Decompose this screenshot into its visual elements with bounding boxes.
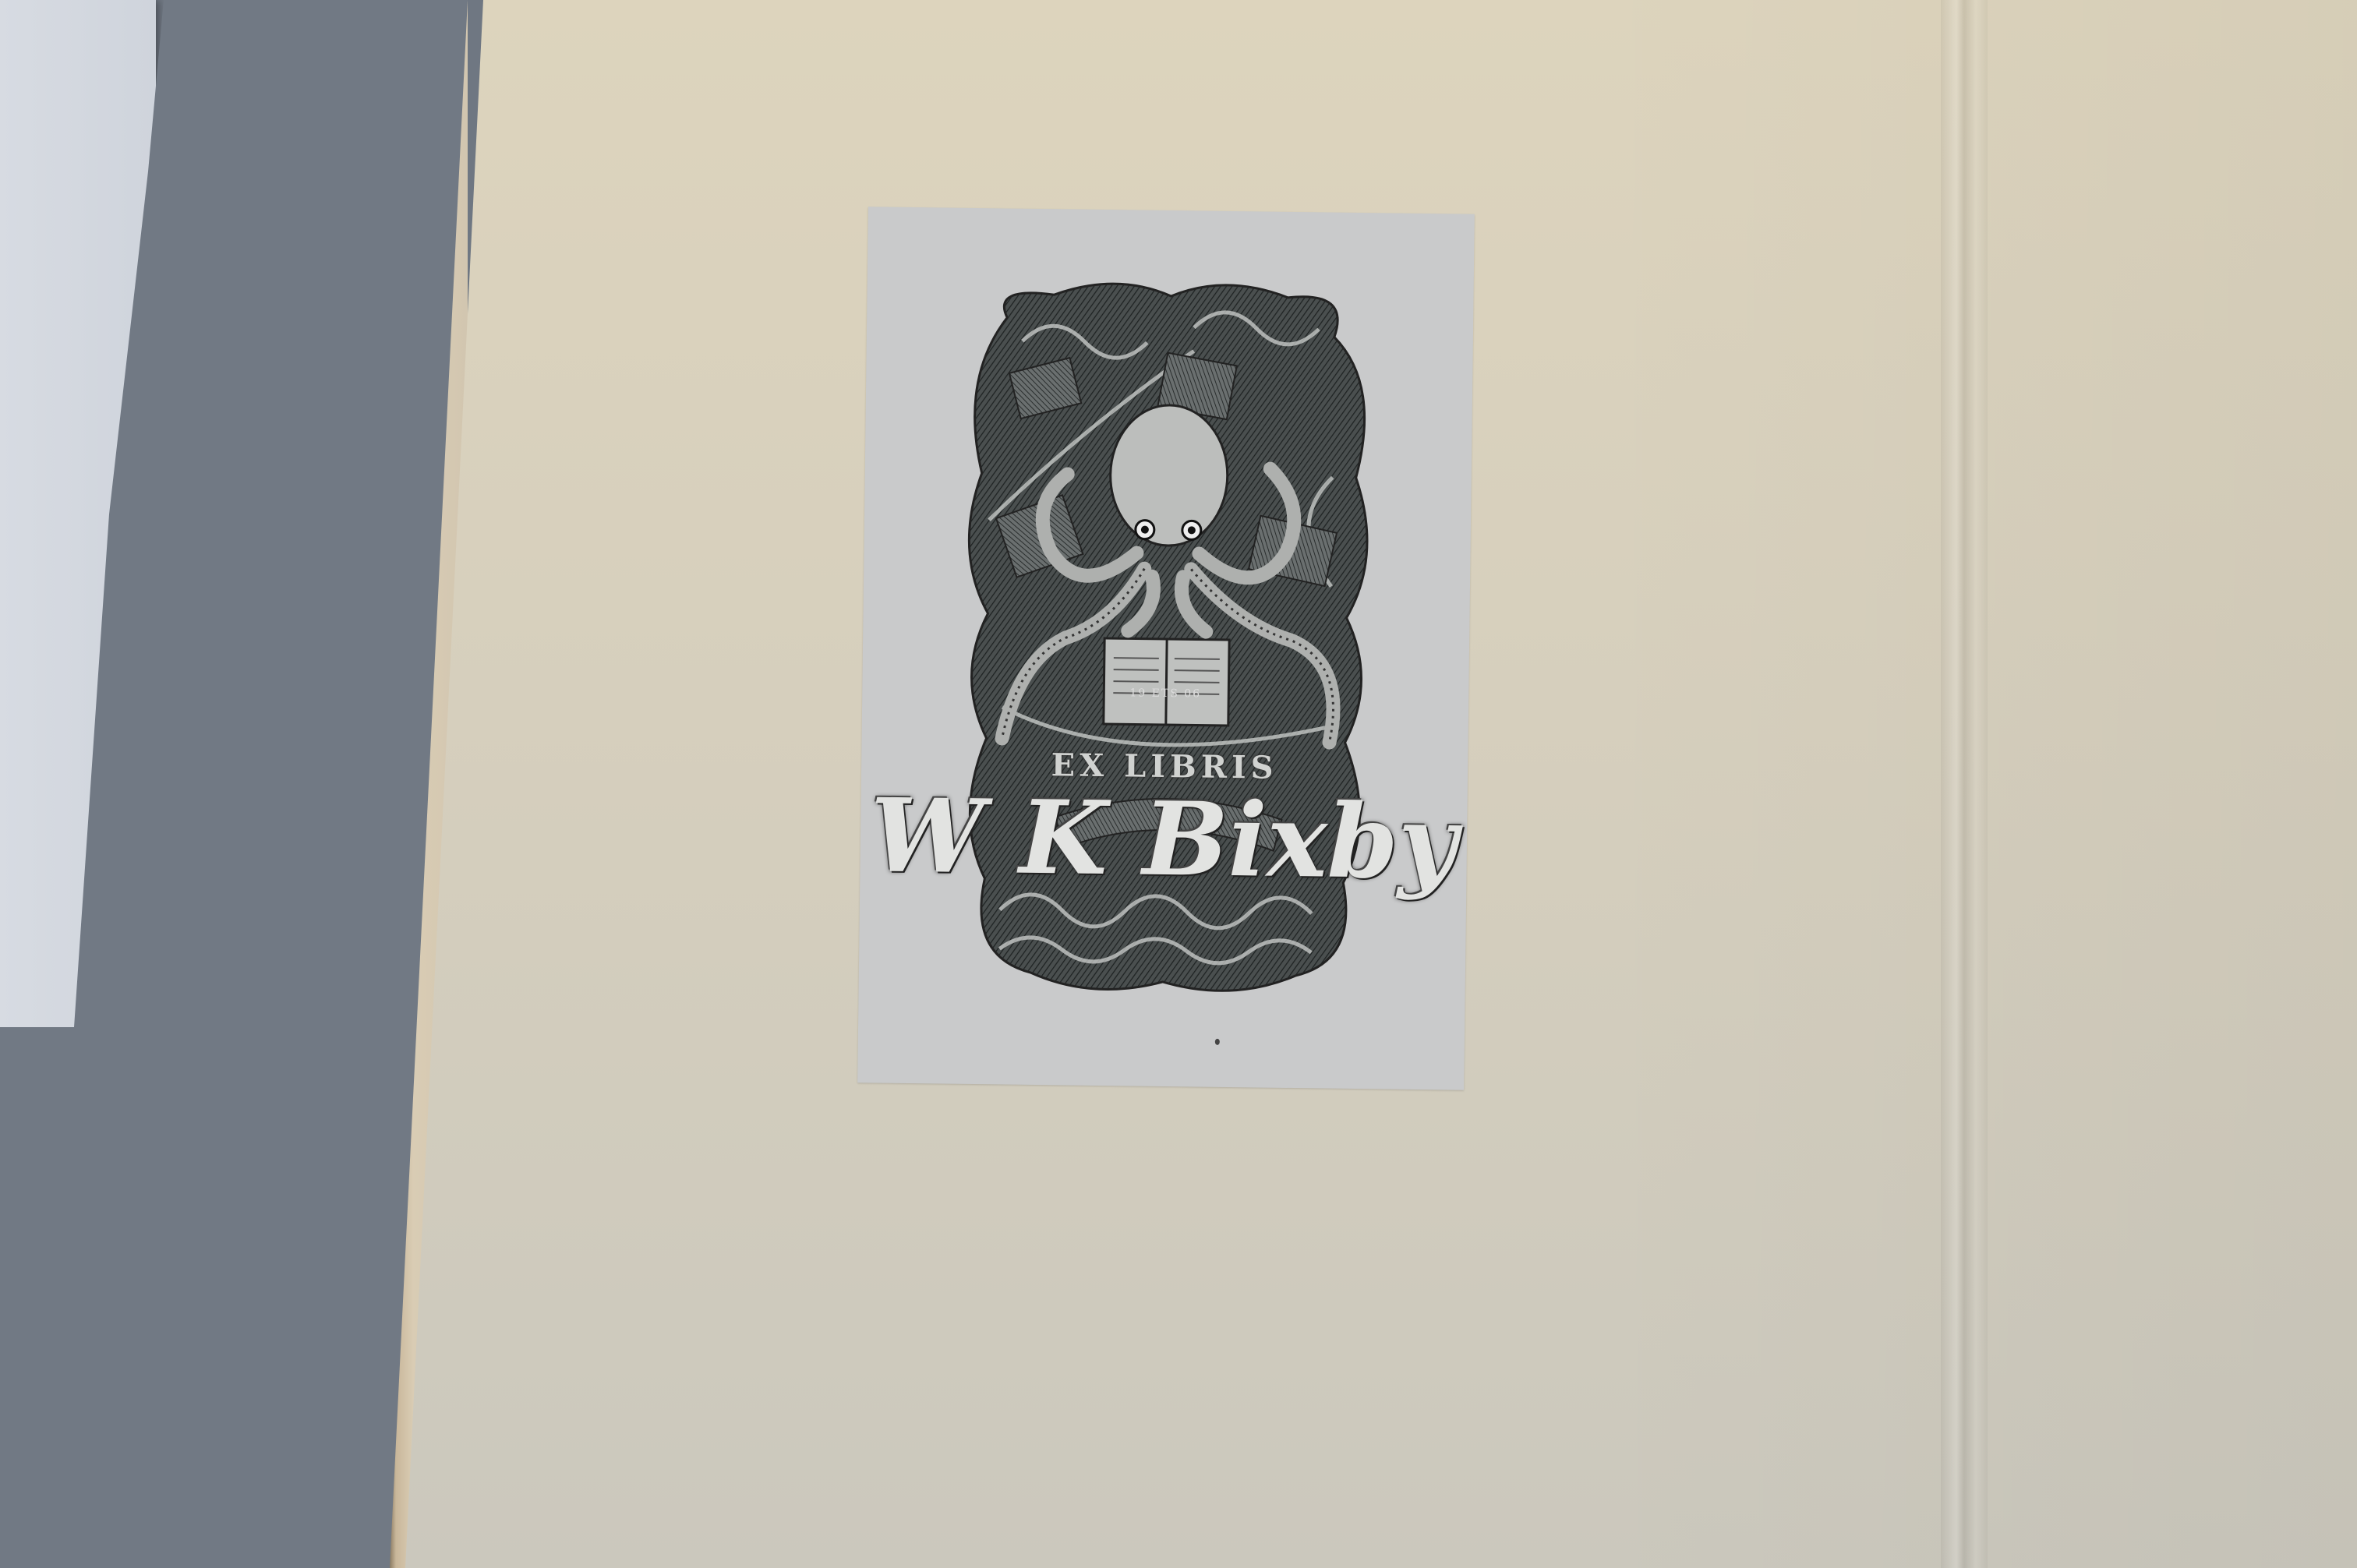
bookplate: 19 ETS 06 EX LIBRIS W K Bixby: [857, 207, 1475, 1089]
paper-speck: [1215, 1039, 1220, 1045]
owner-name: W K Bixby: [860, 775, 1468, 902]
book-hinge: [1941, 0, 1988, 1568]
date-left: 19: [1129, 687, 1147, 699]
date-right: 06: [1184, 687, 1201, 700]
monogram: ETS: [1152, 687, 1179, 700]
